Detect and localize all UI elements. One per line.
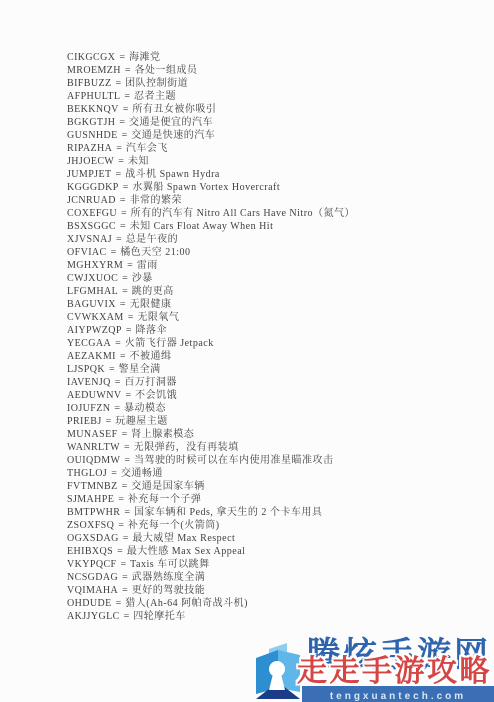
watermark: 腾炫手游网 tengxuantech.com 走走手游攻略 [250, 632, 494, 702]
cheat-code: AFPHULTL [67, 91, 120, 102]
equals-separator: = [120, 351, 126, 362]
equals-separator: = [115, 169, 121, 180]
cheat-description: 四轮摩托车 [133, 611, 186, 622]
cheat-description: 火箭飞行器 Jetpack [125, 338, 214, 349]
cheat-row: VQIMAHA=更好的驾驶技能 [67, 584, 355, 597]
cheat-code: GUSNHDE [67, 130, 118, 141]
cheat-row: OUIQDMW=当驾驶的时候可以在车内使用准星瞄准攻击 [67, 454, 355, 467]
cheat-code: NCSGDAG [67, 572, 118, 583]
cheat-row: LJSPQK=警星全满 [67, 363, 355, 376]
cheat-code: LJSPQK [67, 364, 105, 375]
cheat-description: 当驾驶的时候可以在车内使用准星瞄准攻击 [134, 455, 334, 466]
cheat-row: BEKKNQV=所有丑女被你吸引 [67, 103, 355, 116]
cheat-description: 补充每一个(火箭筒) [128, 520, 220, 531]
cheat-row: AIYPWZQP=降落伞 [67, 324, 355, 337]
cheat-code: BMTPWHR [67, 507, 120, 518]
cheat-row: CWJXUOC=沙暴 [67, 272, 355, 285]
cheat-description: 橘色天空 21:00 [120, 247, 190, 258]
cheat-row: YECGAA=火箭飞行器 Jetpack [67, 337, 355, 350]
cheat-row: XJVSNAJ=总是午夜的 [67, 233, 355, 246]
equals-separator: = [123, 104, 129, 115]
equals-separator: = [115, 377, 121, 388]
cheat-description: 所有的汽车有 Nitro All Cars Have Nitro（氮气） [131, 208, 355, 219]
cheat-code: AEDUWNV [67, 390, 121, 401]
equals-separator: = [125, 65, 131, 76]
cheat-row: GUSNHDE=交通是快速的汽车 [67, 129, 355, 142]
cheat-description: 总是午夜的 [126, 234, 179, 245]
cheat-code: WANRLTW [67, 442, 120, 453]
cheat-row: AEZAKMI=不被通缉 [67, 350, 355, 363]
document-page: CIKGCGX=海滩党 MROEMZH=各处一组成员 BIFBUZZ=团队控制街… [0, 0, 494, 702]
cheat-description: 百万打洞器 [124, 377, 177, 388]
domain-strip: tengxuantech.com [302, 686, 494, 702]
equals-separator: = [126, 325, 132, 336]
cheat-code: CVWKXAM [67, 312, 124, 323]
cheat-code: OGXSDAG [67, 533, 119, 544]
equals-separator: = [118, 494, 124, 505]
equals-separator: = [124, 91, 130, 102]
cheat-code: AIYPWZQP [67, 325, 122, 336]
cheat-description: 战斗机 Spawn Hydra [125, 169, 220, 180]
cheat-code: OUIQDMW [67, 455, 120, 466]
cheat-row: OFVIAC=橘色天空 21:00 [67, 246, 355, 259]
cheat-row: MROEMZH=各处一组成员 [67, 64, 355, 77]
equals-separator: = [124, 507, 130, 518]
cheat-description: 水翼船 Spawn Vortex Hovercraft [132, 182, 280, 193]
cheat-description: 玩趣屋主题 [115, 416, 168, 427]
cheat-row: CVWKXAM=无限氧气 [67, 311, 355, 324]
cheat-description: 国家车辆和 Peds, 拿天生的 2 个卡车用具 [134, 507, 322, 518]
cheat-code: JUMPJET [67, 169, 111, 180]
equals-separator: = [119, 117, 125, 128]
cheat-code: IOJUFZN [67, 403, 110, 414]
equals-separator: = [118, 520, 124, 531]
equals-separator: = [122, 273, 128, 284]
cheat-code: BIFBUZZ [67, 78, 111, 89]
cheat-code: EHIBXQS [67, 546, 113, 557]
cheat-code: MUNASEF [67, 429, 118, 440]
cheat-description: 最大威望 Max Respect [132, 533, 235, 544]
equals-separator: = [116, 598, 122, 609]
cheat-code: YECGAA [67, 338, 111, 349]
cheat-row: BMTPWHR=国家车辆和 Peds, 拿天生的 2 个卡车用具 [67, 506, 355, 519]
equals-separator: = [118, 156, 124, 167]
cheat-description: 非常的繁荣 [130, 195, 183, 206]
cheat-description: 交通是便宜的汽车 [129, 117, 213, 128]
cheat-description: 暴动模态 [124, 403, 166, 414]
cheat-description: 无限氧气 [137, 312, 179, 323]
cheat-description: 补充每一个子弹 [128, 494, 202, 505]
cheat-description: 交通是快速的汽车 [131, 130, 215, 141]
equals-separator: = [120, 299, 126, 310]
equals-separator: = [121, 208, 127, 219]
equals-separator: = [122, 429, 128, 440]
cheat-description: 沙暴 [132, 273, 153, 284]
cheat-row: JCNRUAD=非常的繁荣 [67, 194, 355, 207]
cheat-code: BSXSGGC [67, 221, 116, 232]
cheat-code: CWJXUOC [67, 273, 118, 284]
cheat-code: JHJOECW [67, 156, 114, 167]
equals-separator: = [124, 442, 130, 453]
overlay-watermark-text: 走走手游攻略 [297, 657, 492, 687]
equals-separator: = [111, 247, 117, 258]
cheat-code: LFGMHAL [67, 286, 118, 297]
cheat-row: EHIBXQS=最大性感 Max Sex Appeal [67, 545, 355, 558]
cheat-row: JHJOECW=未知 [67, 155, 355, 168]
equals-separator: = [125, 390, 131, 401]
domain-text: tengxuantech.com [330, 691, 466, 702]
cheat-description: 不被通缉 [130, 351, 172, 362]
cheat-description: 所有丑女被你吸引 [132, 104, 216, 115]
cheat-code: OFVIAC [67, 247, 107, 258]
equals-separator: = [120, 221, 126, 232]
cheat-code: MROEMZH [67, 65, 121, 76]
cheat-code: BAGUVIX [67, 299, 116, 310]
equals-separator: = [120, 559, 126, 570]
cheat-description: 肾上腺素模态 [131, 429, 194, 440]
equals-separator: = [119, 52, 125, 63]
cheat-description: 海滩党 [129, 52, 161, 63]
cheat-description: 最大性感 Max Sex Appeal [127, 546, 246, 557]
cheat-row: IOJUFZN=暴动模态 [67, 402, 355, 415]
equals-separator: = [115, 338, 121, 349]
cheat-code: MGHXYRM [67, 260, 123, 271]
cheat-row: OHDUDE=猎人(Ah-64 阿帕奇战斗机) [67, 597, 355, 610]
cheat-description: 交通是国家车辆 [131, 481, 205, 492]
cheat-description: 武器熟练度全满 [132, 572, 206, 583]
cheat-code: RIPAZHA [67, 143, 112, 154]
cheat-code: COXEFGU [67, 208, 117, 219]
equals-separator: = [116, 234, 122, 245]
cheat-row: CIKGCGX=海滩党 [67, 51, 355, 64]
cheat-description: 更好的驾驶技能 [132, 585, 206, 596]
equals-separator: = [122, 286, 128, 297]
cheat-row: NCSGDAG=武器熟练度全满 [67, 571, 355, 584]
cheat-code: VKYPQCF [67, 559, 116, 570]
cheat-row: BIFBUZZ=团队控制街道 [67, 77, 355, 90]
cheat-description: 不会饥饿 [135, 390, 177, 401]
cheat-description: 各处一组成员 [135, 65, 198, 76]
equals-separator: = [123, 182, 129, 193]
cheat-description: 未知 [128, 156, 149, 167]
cheat-row: LFGMHAL=跳的更高 [67, 285, 355, 298]
site-logo-icon [253, 642, 303, 700]
cheat-code: OHDUDE [67, 598, 112, 609]
cheat-row: MGHXYRM=雷雨 [67, 259, 355, 272]
cheat-code: IAVENJQ [67, 377, 111, 388]
cheat-row: COXEFGU=所有的汽车有 Nitro All Cars Have Nitro… [67, 207, 355, 220]
cheat-description: 跳的更高 [132, 286, 174, 297]
cheat-code: SJMAHPE [67, 494, 114, 505]
cheat-row: BGKGTJH=交通是便宜的汽车 [67, 116, 355, 129]
cheat-code: AKJJYGLC [67, 611, 120, 622]
cheat-row: ZSOXFSQ=补充每一个(火箭筒) [67, 519, 355, 532]
cheat-row: PRIEBJ=玩趣屋主题 [67, 415, 355, 428]
cheat-row: THGLOJ=交通畅通 [67, 467, 355, 480]
equals-separator: = [120, 195, 126, 206]
cheat-row: WANRLTW=无限弹药，没有再装填 [67, 441, 355, 454]
cheat-row: IAVENJQ=百万打洞器 [67, 376, 355, 389]
cheat-code: BEKKNQV [67, 104, 119, 115]
cheat-description: 雷雨 [137, 260, 158, 271]
equals-separator: = [124, 455, 130, 466]
cheat-description: 未知 Cars Float Away When Hit [130, 221, 274, 232]
cheat-code: JCNRUAD [67, 195, 116, 206]
equals-separator: = [127, 260, 133, 271]
cheat-description: 降落伞 [136, 325, 168, 336]
equals-separator: = [128, 312, 134, 323]
cheat-description: 团队控制街道 [125, 78, 188, 89]
cheat-code-list: CIKGCGX=海滩党 MROEMZH=各处一组成员 BIFBUZZ=团队控制街… [67, 51, 355, 623]
cheat-row: AFPHULTL=忍者主题 [67, 90, 355, 103]
equals-separator: = [117, 546, 123, 557]
cheat-row: AEDUWNV=不会饥饿 [67, 389, 355, 402]
cheat-code: VQIMAHA [67, 585, 118, 596]
cheat-description: 汽车会飞 [126, 143, 168, 154]
cheat-row: OGXSDAG=最大威望 Max Respect [67, 532, 355, 545]
cheat-row: MUNASEF=肾上腺素模态 [67, 428, 355, 441]
equals-separator: = [122, 572, 128, 583]
equals-separator: = [122, 481, 128, 492]
cheat-row: RIPAZHA=汽车会飞 [67, 142, 355, 155]
cheat-code: KGGGDKP [67, 182, 119, 193]
cheat-code: THGLOJ [67, 468, 107, 479]
cheat-description: 猎人(Ah-64 阿帕奇战斗机) [125, 598, 248, 609]
equals-separator: = [114, 403, 120, 414]
equals-separator: = [111, 468, 117, 479]
equals-separator: = [124, 611, 130, 622]
cheat-row: SJMAHPE=补充每一个子弹 [67, 493, 355, 506]
cheat-description: Taxis 车可以跳舞 [130, 559, 210, 570]
equals-separator: = [123, 533, 129, 544]
cheat-row: VKYPQCF=Taxis 车可以跳舞 [67, 558, 355, 571]
equals-separator: = [116, 143, 122, 154]
cheat-code: BGKGTJH [67, 117, 115, 128]
equals-separator: = [115, 78, 121, 89]
equals-separator: = [109, 364, 115, 375]
cheat-row: BAGUVIX=无限健康 [67, 298, 355, 311]
equals-separator: = [122, 130, 128, 141]
cheat-description: 警星全满 [119, 364, 161, 375]
equals-separator: = [106, 416, 112, 427]
cheat-description: 无限弹药，没有再装填 [134, 442, 239, 453]
cheat-description: 交通畅通 [121, 468, 163, 479]
cheat-row: BSXSGGC=未知 Cars Float Away When Hit [67, 220, 355, 233]
cheat-row: FVTMNBZ=交通是国家车辆 [67, 480, 355, 493]
cheat-code: CIKGCGX [67, 52, 115, 63]
cheat-row: JUMPJET=战斗机 Spawn Hydra [67, 168, 355, 181]
cheat-code: PRIEBJ [67, 416, 102, 427]
cheat-code: AEZAKMI [67, 351, 116, 362]
equals-separator: = [122, 585, 128, 596]
cheat-row: KGGGDKP=水翼船 Spawn Vortex Hovercraft [67, 181, 355, 194]
cheat-description: 忍者主题 [134, 91, 176, 102]
cheat-code: FVTMNBZ [67, 481, 118, 492]
cheat-code: XJVSNAJ [67, 234, 112, 245]
cheat-description: 无限健康 [130, 299, 172, 310]
cheat-code: ZSOXFSQ [67, 520, 114, 531]
cheat-row: AKJJYGLC=四轮摩托车 [67, 610, 355, 623]
